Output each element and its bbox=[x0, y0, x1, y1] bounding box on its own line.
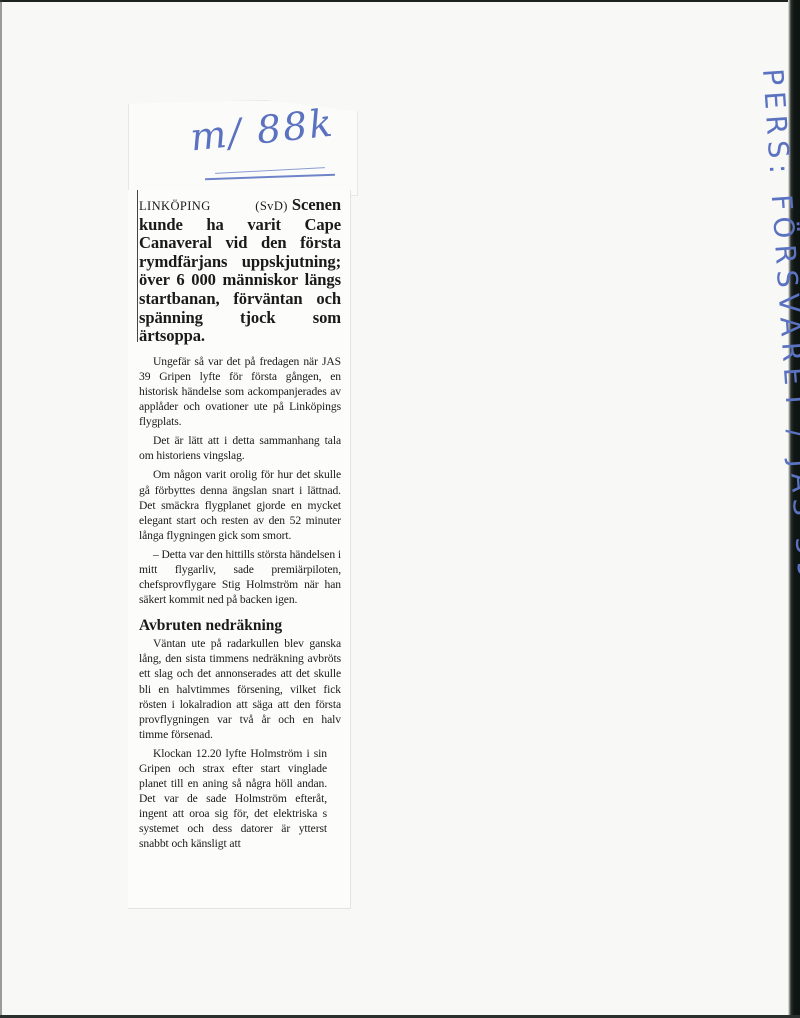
handwritten-margin-note: PERS: FÖRSVARET / JAS 39 GRIPEN bbox=[752, 67, 800, 741]
paragraph: Det är lätt att i detta sammanhang tala … bbox=[139, 433, 341, 463]
paragraph: Ungefär så var det på fredagen när JAS 3… bbox=[139, 354, 341, 429]
subheading: Avbruten nedräkning bbox=[139, 617, 341, 635]
column-rule bbox=[137, 190, 138, 342]
article: LINKÖPING (SvD)Scenen kunde ha varit Cap… bbox=[139, 196, 341, 856]
paragraph: Om någon varit orolig för hur det skulle… bbox=[139, 467, 341, 542]
article-lead: LINKÖPING (SvD)Scenen kunde ha varit Cap… bbox=[139, 196, 341, 346]
archive-photo-back: m/ 88k LINKÖPING (SvD)Scenen kunde ha va… bbox=[0, 0, 800, 1018]
dateline: LINKÖPING (SvD) bbox=[139, 199, 288, 213]
paragraph: Väntan ute på radarkullen blev ganska lå… bbox=[139, 636, 341, 742]
scan-edge-left bbox=[0, 0, 2, 1018]
paragraph-cut-off: Klockan 12.20 lyfte Holmström i sin Grip… bbox=[139, 746, 327, 852]
paragraph: – Detta var den hittills största händels… bbox=[139, 547, 341, 607]
scan-edge-top bbox=[0, 0, 800, 2]
lead-text: Scenen kunde ha varit Cape Canaveral vid… bbox=[139, 195, 341, 345]
